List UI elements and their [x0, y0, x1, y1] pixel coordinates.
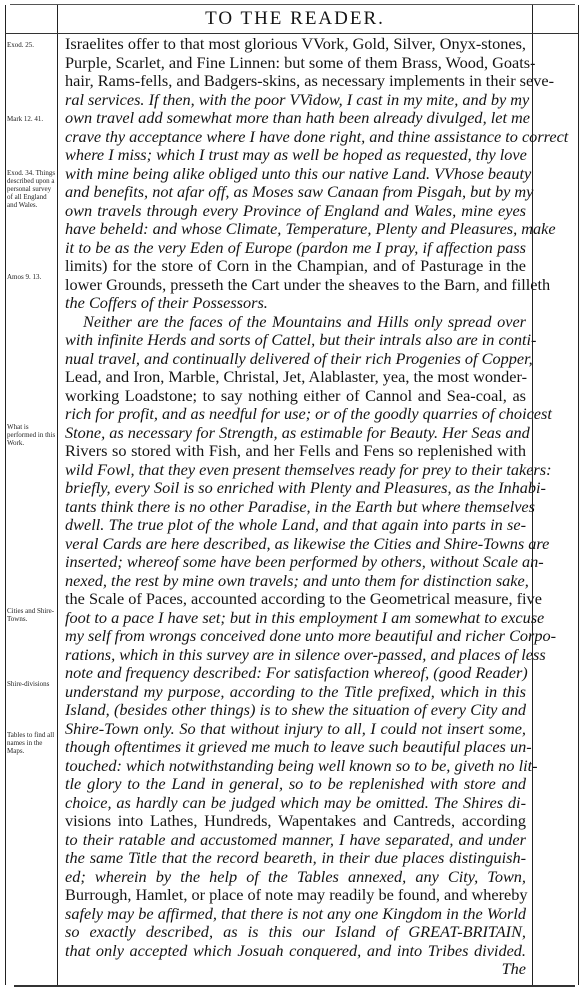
text-line: tle glory to the Land in general, so to …	[65, 775, 526, 794]
text-line: own travel add somewhat more than hath b…	[65, 109, 526, 128]
text-line: with infinite Herds and sorts of Cattel,…	[65, 331, 526, 350]
text-line: safely may be affirmed, that there is no…	[65, 905, 526, 924]
text-line: own travels through every Province of En…	[65, 202, 526, 221]
margin-notes-column: Exod. 25. Mark 12. 41. Exod. 34. Things …	[5, 34, 57, 985]
text-line: the Coffers of their Possessors.	[65, 294, 526, 313]
text-line: inserted; whereof some have been perform…	[65, 553, 526, 572]
margin-note: What is performed in this Work.	[7, 423, 57, 447]
text-line: briefly, every Soil is so enriched with …	[65, 479, 526, 498]
body-text-column: Israelites offer to that most glorious V…	[57, 34, 533, 985]
text-line: ral services. If then, with the poor VVi…	[65, 91, 526, 110]
text-line: limits) for the store of Corn in the Cha…	[65, 257, 526, 276]
text-line: understand my purpose, according to the …	[65, 683, 526, 702]
margin-note: Tables to find all names in the Maps.	[7, 731, 57, 755]
margin-note: Exod. 25.	[7, 41, 57, 49]
text-line: it to be as the very Eden of Europe (par…	[65, 239, 526, 258]
text-line: have beheld: and whose Climate, Temperat…	[65, 220, 526, 239]
text-line: with mine being alike obliged unto this …	[65, 165, 526, 184]
margin-note: Shire-divisions	[7, 680, 57, 688]
text-line: ed; wherein by the help of the Tables an…	[65, 868, 526, 887]
text-line: note and frequency described: For satisf…	[65, 664, 526, 683]
text-line: Neither are the faces of the Mountains a…	[65, 313, 526, 332]
text-line: Lead, and Iron, Marble, Christal, Jet, A…	[65, 368, 526, 387]
text-line: visions into Lathes, Hundreds, Wapentake…	[65, 812, 526, 831]
text-line: the Scale of Paces, accounted according …	[65, 590, 526, 609]
text-line: nexed, the rest by mine own travels; and…	[65, 572, 526, 591]
text-line: wild Fowl, that they even present themse…	[65, 461, 526, 480]
text-line: working Loadstone; to say nothing either…	[65, 387, 526, 406]
bottom-rule	[14, 985, 575, 987]
text-line: Shire-Town only. So that without injury …	[65, 720, 526, 739]
text-line: rations, which in this survey are in sil…	[65, 646, 526, 665]
text-line: rich for profit, and as needful for use;…	[65, 405, 526, 424]
text-line: touched: which notwithstanding being wel…	[65, 757, 526, 776]
text-line: tants think there is no other Paradise, …	[65, 498, 526, 517]
text-line: Rivers so stored with Fish, and her Fell…	[65, 442, 526, 461]
text-line: crave thy acceptance where I have done r…	[65, 128, 526, 147]
text-line: nual travel, and continually delivered o…	[65, 350, 526, 369]
text-line: that only accepted which Josuah conquere…	[65, 942, 526, 961]
text-line: my self from wrongs conceived done unto …	[65, 627, 526, 646]
text-line: Island, (besides other things) is to she…	[65, 701, 526, 720]
margin-note: Mark 12. 41.	[7, 115, 57, 123]
text-line: Burrough, Hamlet, or place of note may r…	[65, 886, 526, 905]
text-line: foot to a pace I have set; but in this e…	[65, 609, 526, 628]
text-line: Purple, Scarlet, and Fine Linnen: but so…	[65, 54, 526, 73]
margin-note: Amos 9. 13.	[7, 273, 57, 281]
text-line: where I miss; which I trust may as well …	[65, 146, 526, 165]
text-line: choice, as hardly can be judged which ma…	[65, 794, 526, 813]
text-line: lower Grounds, presseth the Cart under t…	[65, 276, 526, 295]
text-line: Israelites offer to that most glorious V…	[65, 35, 526, 54]
page-title: TO THE READER.	[57, 5, 533, 33]
catchword: The	[65, 960, 526, 979]
text-line: hair, Rams-fells, and Badgers-skins, as …	[65, 72, 526, 91]
text-line: so exactly described, as is this our Isl…	[65, 923, 526, 942]
text-line: veral Cards are here described, as likew…	[65, 535, 526, 554]
text-line: the same Title that the record beareth, …	[65, 849, 526, 868]
margin-note: Cities and Shire-Towns.	[7, 607, 57, 623]
text-line: to their ratable and accustomed manner, …	[65, 831, 526, 850]
text-line: dwell. The true plot of the whole Land, …	[65, 516, 526, 535]
margin-note: Exod. 34. Things described upon a person…	[7, 169, 57, 209]
text-line: though oftentimes it grieved me much to …	[65, 738, 526, 757]
text-line: Stone, as necessary for Strength, as est…	[65, 424, 526, 443]
text-line: and benefits, not afar off, as Moses saw…	[65, 183, 526, 202]
